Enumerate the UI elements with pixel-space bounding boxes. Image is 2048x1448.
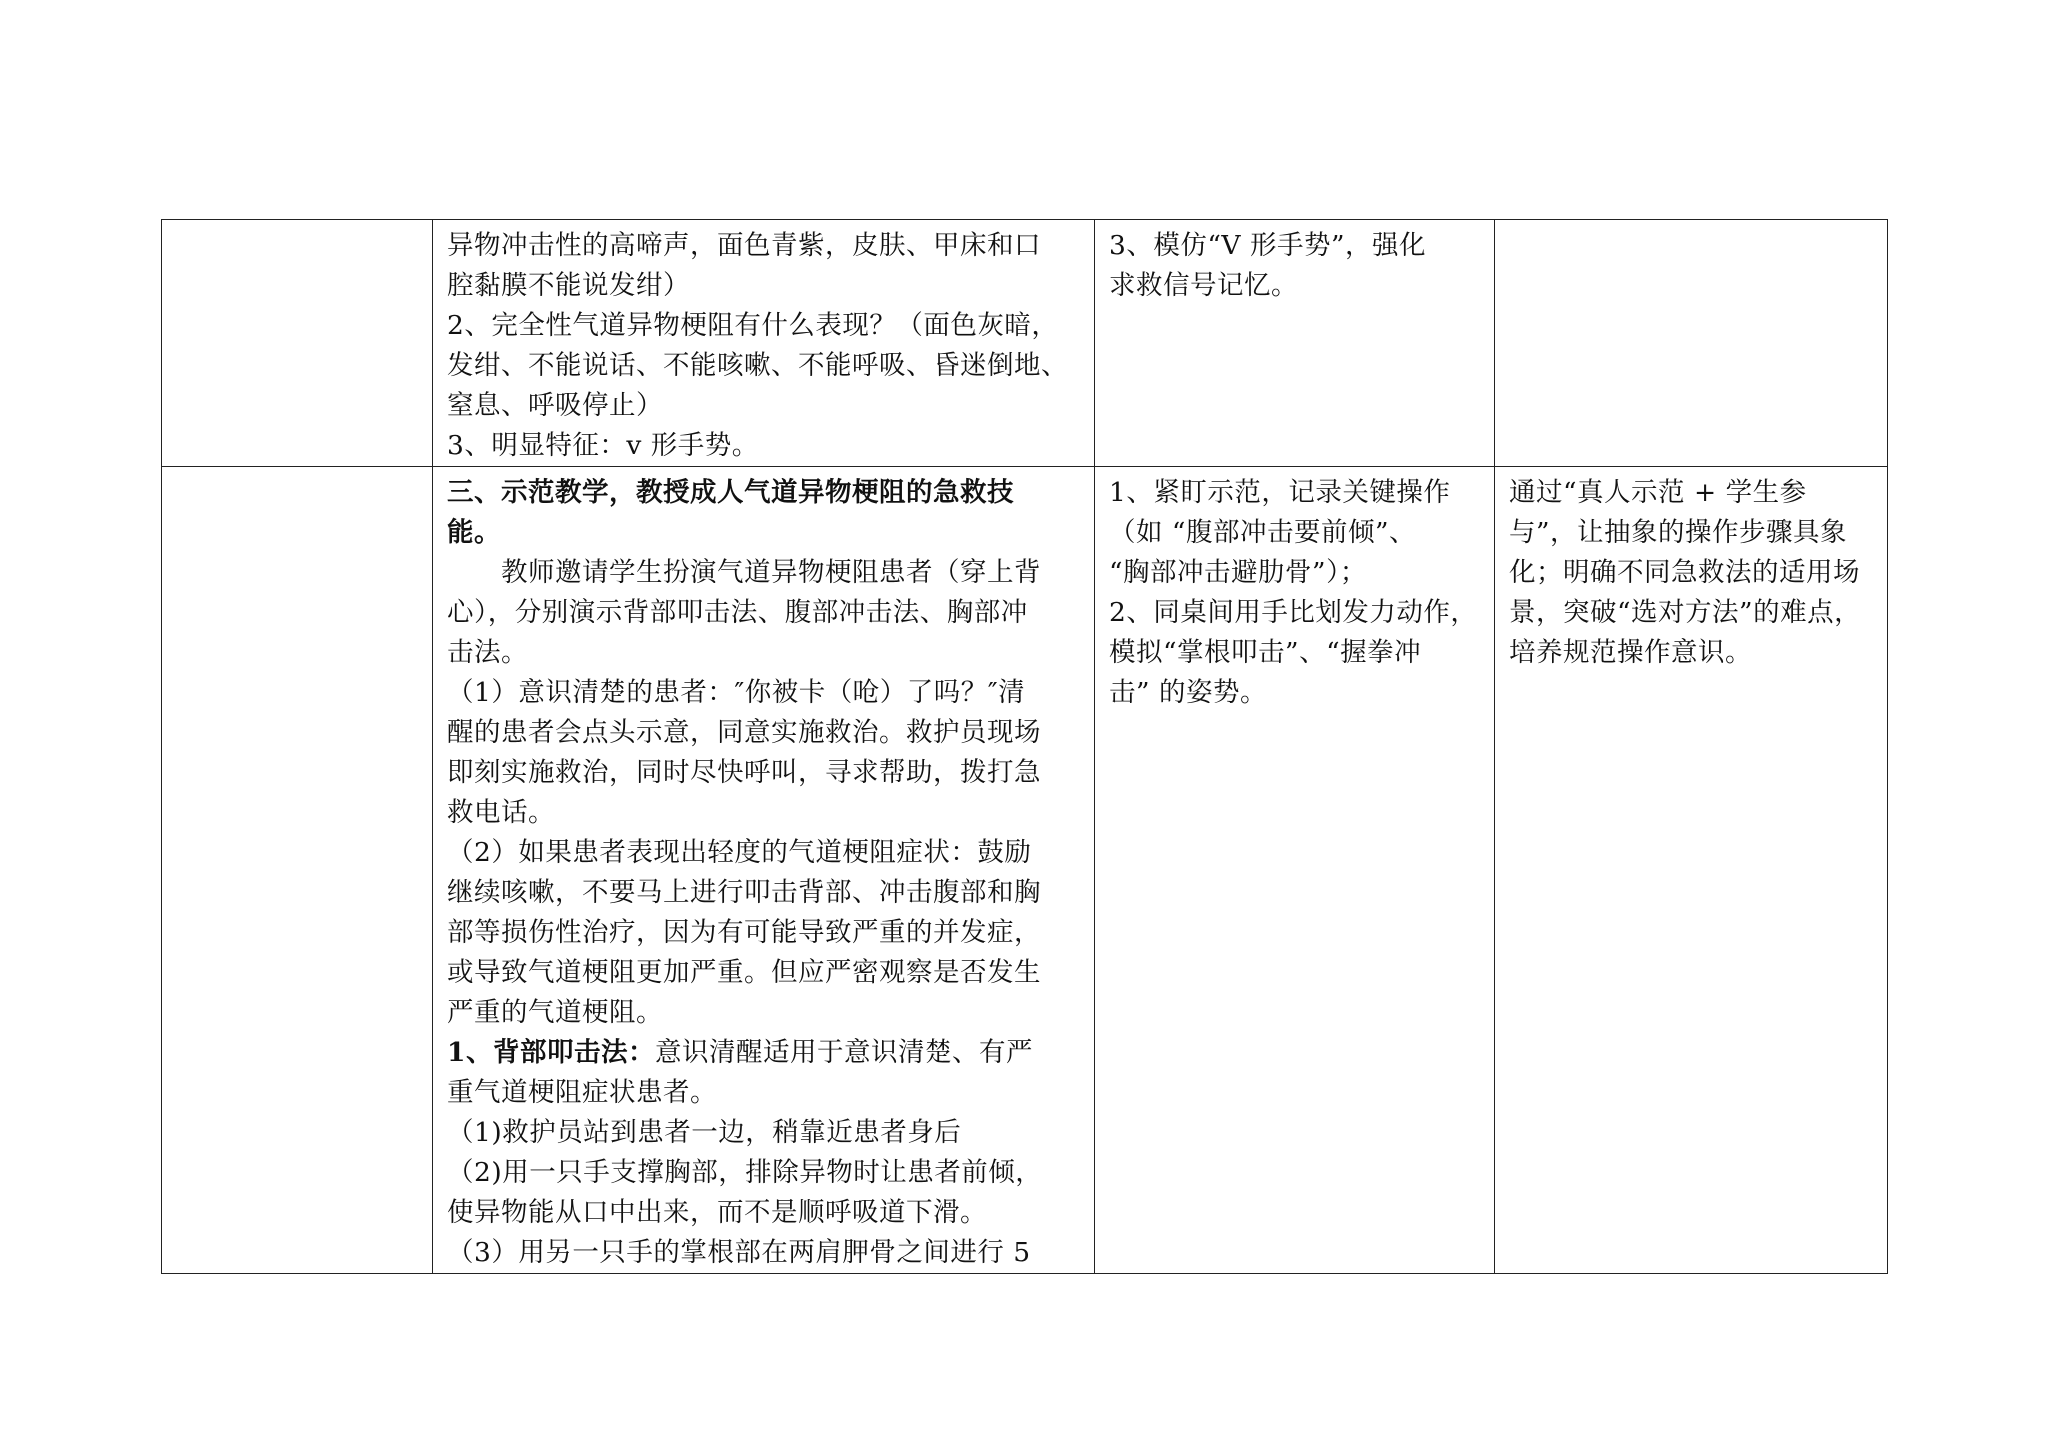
text-line: 腔黏膜不能说发绀） [447, 266, 1084, 306]
text-line: 使异物能从口中出来，而不是顺呼吸道下滑。 [447, 1193, 1084, 1233]
document-page: 异物冲击性的高啼声，面色青紫，皮肤、甲床和口 腔黏膜不能说发绀） 2、完全性气道… [0, 0, 2048, 1448]
text-line: 继续咳嗽，不要马上进行叩击背部、冲击腹部和胸 [447, 873, 1084, 913]
text-line: 2、同桌间用手比划发力动作， [1109, 593, 1484, 633]
table-row: 三、示范教学，教授成人气道异物梗阻的急救技 能。 教师邀请学生扮演气道异物梗阻患… [162, 467, 1888, 1274]
text-line: 重气道梗阻症状患者。 [447, 1073, 1084, 1113]
text-line: 通过“真人示范 + 学生参 [1509, 473, 1877, 513]
text-line: 或导致气道梗阻更加严重。但应严密观察是否发生 [447, 953, 1084, 993]
text-line: 景，突破“选对方法”的难点， [1509, 593, 1877, 633]
cell-teacher-activity: 三、示范教学，教授成人气道异物梗阻的急救技 能。 教师邀请学生扮演气道异物梗阻患… [433, 467, 1095, 1274]
cell-design-intent: 通过“真人示范 + 学生参 与”，让抽象的操作步骤具象 化；明确不同急救法的适用… [1495, 467, 1888, 1274]
section-heading: 三、示范教学，教授成人气道异物梗阻的急救技 [447, 473, 1084, 513]
text-line: 模拟“掌根叩击”、“握拳冲 [1109, 633, 1484, 673]
text-line: 3、模仿“V 形手势”，强化 [1109, 226, 1484, 266]
text-line: 击” 的姿势。 [1109, 673, 1484, 713]
method-title: 1、背部叩击法： [447, 1037, 655, 1068]
text-line: 与”，让抽象的操作步骤具象 [1509, 513, 1877, 553]
text-line: 教师邀请学生扮演气道异物梗阻患者（穿上背 [447, 553, 1084, 593]
method-line: 1、背部叩击法：意识清醒适用于意识清楚、有严 [447, 1033, 1084, 1073]
lesson-plan-table: 异物冲击性的高啼声，面色青紫，皮肤、甲床和口 腔黏膜不能说发绀） 2、完全性气道… [161, 219, 1888, 1274]
cell-teacher-activity: 异物冲击性的高啼声，面色青紫，皮肤、甲床和口 腔黏膜不能说发绀） 2、完全性气道… [433, 220, 1095, 467]
text-line: （3）用另一只手的掌根部在两肩胛骨之间进行 5 [447, 1233, 1084, 1273]
text-line: 异物冲击性的高啼声，面色青紫，皮肤、甲床和口 [447, 226, 1084, 266]
text-line: 培养规范操作意识。 [1509, 633, 1877, 673]
method-description: 意识清醒适用于意识清楚、有严 [655, 1037, 1033, 1068]
text-line: 1、紧盯示范，记录关键操作 [1109, 473, 1484, 513]
text-line: （2)用一只手支撑胸部，排除异物时让患者前倾， [447, 1153, 1084, 1193]
text-line: 化；明确不同急救法的适用场 [1509, 553, 1877, 593]
text-line: （1)救护员站到患者一边，稍靠近患者身后 [447, 1113, 1084, 1153]
text-line: 2、完全性气道异物梗阻有什么表现？（面色灰暗， [447, 306, 1084, 346]
text-line: 即刻实施救治，同时尽快呼叫，寻求帮助，拨打急 [447, 753, 1084, 793]
text-line: 3、明显特征：v 形手势。 [447, 426, 1084, 466]
cell-design-intent [1495, 220, 1888, 467]
cell-student-activity: 3、模仿“V 形手势”，强化 求救信号记忆。 [1095, 220, 1495, 467]
cell-stage [162, 220, 433, 467]
text-line: 发绀、不能说话、不能咳嗽、不能呼吸、昏迷倒地、 [447, 346, 1084, 386]
text-line: 救电话。 [447, 793, 1084, 833]
text-line: 严重的气道梗阻。 [447, 993, 1084, 1033]
text-line: （1）意识清楚的患者：″你被卡（呛）了吗？″清 [447, 673, 1084, 713]
text-line: （如 “腹部冲击要前倾”、 [1109, 513, 1484, 553]
text-line: 击法。 [447, 633, 1084, 673]
text-line: “胸部冲击避肋骨”）； [1109, 553, 1484, 593]
text-line: 心），分别演示背部叩击法、腹部冲击法、胸部冲 [447, 593, 1084, 633]
text-line: （2）如果患者表现出轻度的气道梗阻症状：鼓励 [447, 833, 1084, 873]
table-row: 异物冲击性的高啼声，面色青紫，皮肤、甲床和口 腔黏膜不能说发绀） 2、完全性气道… [162, 220, 1888, 467]
section-heading: 能。 [447, 513, 1084, 553]
text-line: 醒的患者会点头示意，同意实施救治。救护员现场 [447, 713, 1084, 753]
text-line: 部等损伤性治疗，因为有可能导致严重的并发症， [447, 913, 1084, 953]
cell-student-activity: 1、紧盯示范，记录关键操作 （如 “腹部冲击要前倾”、 “胸部冲击避肋骨”）； … [1095, 467, 1495, 1274]
text-line: 窒息、呼吸停止） [447, 386, 1084, 426]
cell-stage [162, 467, 433, 1274]
text-line: 求救信号记忆。 [1109, 266, 1484, 306]
